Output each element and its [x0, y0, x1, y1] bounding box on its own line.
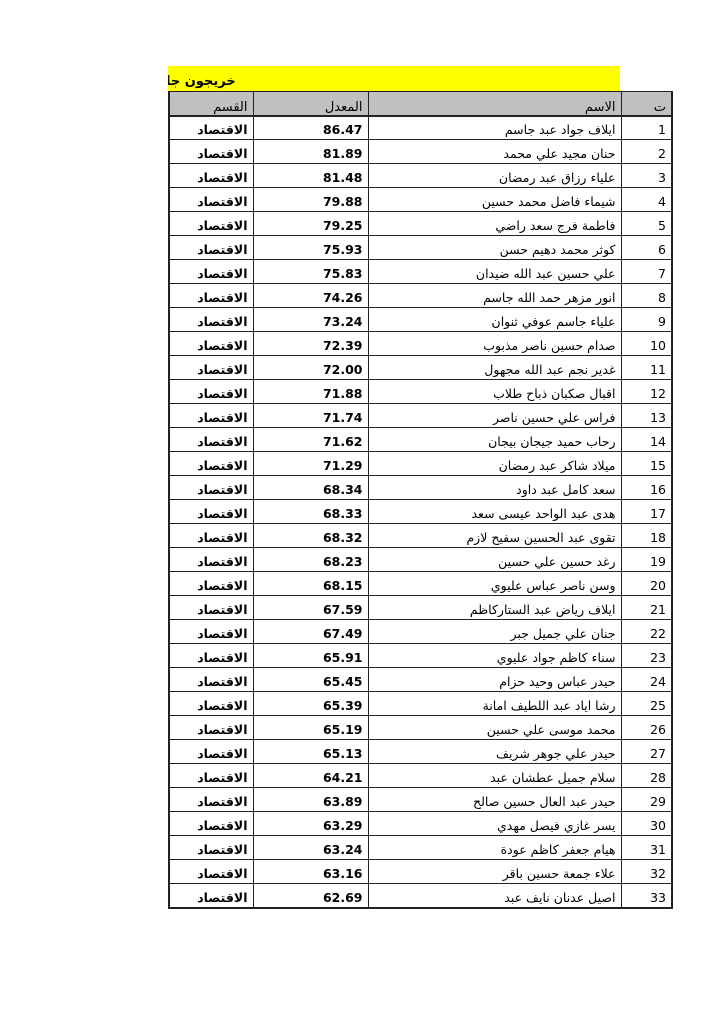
- cell-name: وسن ناصر عباس عليوي: [368, 572, 621, 596]
- cell-name: فاطمة فرج سعد راضي: [368, 212, 621, 236]
- document-title: خريجون جا: [168, 74, 236, 89]
- cell-number: 5: [621, 212, 672, 236]
- cell-average: 81.48: [253, 164, 368, 188]
- cell-department: الاقتصاد: [169, 428, 253, 452]
- cell-number: 14: [621, 428, 672, 452]
- cell-department: الاقتصاد: [169, 788, 253, 812]
- table-row: الاقتصاد63.24هيام جعفر كاظم عودة31: [169, 836, 672, 860]
- cell-name: علياء رزاق عبد رمضان: [368, 164, 621, 188]
- cell-number: 19: [621, 548, 672, 572]
- cell-average: 73.24: [253, 308, 368, 332]
- cell-number: 1: [621, 116, 672, 140]
- header-number: ت: [621, 92, 672, 116]
- cell-name: حيدر علي جوهر شريف: [368, 740, 621, 764]
- cell-average: 65.13: [253, 740, 368, 764]
- cell-department: الاقتصاد: [169, 668, 253, 692]
- cell-department: الاقتصاد: [169, 476, 253, 500]
- table-row: الاقتصاد65.19محمد موسى علي حسين26: [169, 716, 672, 740]
- cell-number: 6: [621, 236, 672, 260]
- cell-average: 67.49: [253, 620, 368, 644]
- cell-average: 79.88: [253, 188, 368, 212]
- cell-number: 21: [621, 596, 672, 620]
- table-row: الاقتصاد71.29ميلاد شاكر عبد رمضان15: [169, 452, 672, 476]
- cell-average: 72.39: [253, 332, 368, 356]
- cell-number: 33: [621, 884, 672, 908]
- cell-department: الاقتصاد: [169, 212, 253, 236]
- cell-number: 29: [621, 788, 672, 812]
- table-row: الاقتصاد73.24علياء جاسم عوفي ثنوان9: [169, 308, 672, 332]
- table-row: الاقتصاد74.26انور مزهر حمد الله جاسم8: [169, 284, 672, 308]
- cell-number: 25: [621, 692, 672, 716]
- cell-name: اصيل عدنان نايف عبد: [368, 884, 621, 908]
- table-row: الاقتصاد75.83علي حسين عبد الله ضيدان7: [169, 260, 672, 284]
- cell-department: الاقتصاد: [169, 356, 253, 380]
- cell-average: 68.32: [253, 524, 368, 548]
- cell-department: الاقتصاد: [169, 572, 253, 596]
- cell-name: صدام حسين ناصر مذبوب: [368, 332, 621, 356]
- cell-average: 72.00: [253, 356, 368, 380]
- cell-number: 26: [621, 716, 672, 740]
- cell-average: 62.69: [253, 884, 368, 908]
- cell-department: الاقتصاد: [169, 596, 253, 620]
- cell-number: 11: [621, 356, 672, 380]
- cell-number: 32: [621, 860, 672, 884]
- title-bar: خريجون جا: [168, 66, 620, 91]
- cell-department: الاقتصاد: [169, 116, 253, 140]
- cell-number: 9: [621, 308, 672, 332]
- cell-department: الاقتصاد: [169, 884, 253, 908]
- cell-number: 10: [621, 332, 672, 356]
- cell-number: 13: [621, 404, 672, 428]
- table-row: الاقتصاد65.91سناء كاظم جواد عليوي23: [169, 644, 672, 668]
- table-row: الاقتصاد72.39صدام حسين ناصر مذبوب10: [169, 332, 672, 356]
- cell-department: الاقتصاد: [169, 236, 253, 260]
- cell-average: 64.21: [253, 764, 368, 788]
- table-row: الاقتصاد86.47ايلاف جواد عبد جاسم1: [169, 116, 672, 140]
- cell-name: جنان علي جميل جبر: [368, 620, 621, 644]
- cell-name: اقبال صكبان ذباح طلاب: [368, 380, 621, 404]
- table-row: الاقتصاد63.89حيدر عبد العال حسين صالح29: [169, 788, 672, 812]
- cell-name: هيام جعفر كاظم عودة: [368, 836, 621, 860]
- cell-department: الاقتصاد: [169, 164, 253, 188]
- cell-number: 30: [621, 812, 672, 836]
- table-row: الاقتصاد65.45حيدر عباس وحيد حزام24: [169, 668, 672, 692]
- cell-number: 20: [621, 572, 672, 596]
- cell-name: تقوى عبد الحسين سفيح لازم: [368, 524, 621, 548]
- cell-name: رحاب حميد جيجان بيجان: [368, 428, 621, 452]
- table-row: الاقتصاد75.93كوثر محمد دهيم حسن6: [169, 236, 672, 260]
- cell-name: غدير نجم عبد الله مجهول: [368, 356, 621, 380]
- cell-average: 65.39: [253, 692, 368, 716]
- graduates-table: القسم المعدل الاسم ت الاقتصاد86.47ايلاف …: [168, 91, 673, 909]
- cell-name: سعد كامل عبد داود: [368, 476, 621, 500]
- cell-department: الاقتصاد: [169, 620, 253, 644]
- table-row: الاقتصاد68.33هدى عبد الواحد عيسى سعد17: [169, 500, 672, 524]
- cell-average: 71.62: [253, 428, 368, 452]
- cell-number: 24: [621, 668, 672, 692]
- cell-name: علياء جاسم عوفي ثنوان: [368, 308, 621, 332]
- cell-department: الاقتصاد: [169, 140, 253, 164]
- cell-number: 17: [621, 500, 672, 524]
- cell-name: سلام جميل عطشان عبد: [368, 764, 621, 788]
- cell-average: 65.91: [253, 644, 368, 668]
- cell-average: 74.26: [253, 284, 368, 308]
- cell-number: 7: [621, 260, 672, 284]
- cell-average: 65.19: [253, 716, 368, 740]
- cell-number: 31: [621, 836, 672, 860]
- cell-average: 75.83: [253, 260, 368, 284]
- cell-name: رشا اياد عبد اللطيف امانة: [368, 692, 621, 716]
- cell-number: 12: [621, 380, 672, 404]
- cell-average: 75.93: [253, 236, 368, 260]
- table-row: الاقتصاد68.32تقوى عبد الحسين سفيح لازم18: [169, 524, 672, 548]
- cell-number: 3: [621, 164, 672, 188]
- table-row: الاقتصاد81.89حنان مجيد علي محمد2: [169, 140, 672, 164]
- cell-department: الاقتصاد: [169, 404, 253, 428]
- cell-average: 63.16: [253, 860, 368, 884]
- cell-name: كوثر محمد دهيم حسن: [368, 236, 621, 260]
- cell-name: فراس علي حسين ناصر: [368, 404, 621, 428]
- cell-average: 63.29: [253, 812, 368, 836]
- cell-average: 63.89: [253, 788, 368, 812]
- table-row: الاقتصاد64.21سلام جميل عطشان عبد28: [169, 764, 672, 788]
- table-body: الاقتصاد86.47ايلاف جواد عبد جاسم1الاقتصا…: [169, 116, 672, 908]
- cell-department: الاقتصاد: [169, 860, 253, 884]
- cell-average: 68.33: [253, 500, 368, 524]
- cell-name: حيدر عبد العال حسين صالح: [368, 788, 621, 812]
- cell-number: 23: [621, 644, 672, 668]
- table-row: الاقتصاد81.48علياء رزاق عبد رمضان3: [169, 164, 672, 188]
- cell-average: 71.88: [253, 380, 368, 404]
- cell-number: 22: [621, 620, 672, 644]
- table-row: الاقتصاد62.69اصيل عدنان نايف عبد33: [169, 884, 672, 908]
- cell-name: رغد حسين علي حسين: [368, 548, 621, 572]
- cell-number: 2: [621, 140, 672, 164]
- cell-name: حنان مجيد علي محمد: [368, 140, 621, 164]
- cell-department: الاقتصاد: [169, 452, 253, 476]
- cell-number: 15: [621, 452, 672, 476]
- cell-number: 18: [621, 524, 672, 548]
- cell-department: الاقتصاد: [169, 692, 253, 716]
- table-row: الاقتصاد79.25فاطمة فرج سعد راضي5: [169, 212, 672, 236]
- cell-department: الاقتصاد: [169, 260, 253, 284]
- cell-average: 71.74: [253, 404, 368, 428]
- cell-average: 68.15: [253, 572, 368, 596]
- cell-name: شيماء فاضل محمد حسين: [368, 188, 621, 212]
- cell-name: انور مزهر حمد الله جاسم: [368, 284, 621, 308]
- table-row: الاقتصاد63.16علاء جمعة حسين باقر32: [169, 860, 672, 884]
- cell-average: 79.25: [253, 212, 368, 236]
- cell-department: الاقتصاد: [169, 308, 253, 332]
- header-name: الاسم: [368, 92, 621, 116]
- cell-name: علي حسين عبد الله ضيدان: [368, 260, 621, 284]
- table-row: الاقتصاد65.13حيدر علي جوهر شريف27: [169, 740, 672, 764]
- table-row: الاقتصاد63.29يسر غازي فيصل مهدي30: [169, 812, 672, 836]
- header-average: المعدل: [253, 92, 368, 116]
- cell-average: 68.34: [253, 476, 368, 500]
- table-row: الاقتصاد68.15وسن ناصر عباس عليوي20: [169, 572, 672, 596]
- cell-department: الاقتصاد: [169, 716, 253, 740]
- cell-name: سناء كاظم جواد عليوي: [368, 644, 621, 668]
- cell-name: علاء جمعة حسين باقر: [368, 860, 621, 884]
- cell-department: الاقتصاد: [169, 812, 253, 836]
- table-row: الاقتصاد68.23رغد حسين علي حسين19: [169, 548, 672, 572]
- header-department: القسم: [169, 92, 253, 116]
- cell-department: الاقتصاد: [169, 524, 253, 548]
- cell-name: حيدر عباس وحيد حزام: [368, 668, 621, 692]
- header-row: القسم المعدل الاسم ت: [169, 92, 672, 116]
- cell-department: الاقتصاد: [169, 764, 253, 788]
- cell-name: ميلاد شاكر عبد رمضان: [368, 452, 621, 476]
- cell-department: الاقتصاد: [169, 332, 253, 356]
- cell-name: يسر غازي فيصل مهدي: [368, 812, 621, 836]
- table-row: الاقتصاد71.74فراس علي حسين ناصر13: [169, 404, 672, 428]
- cell-department: الاقتصاد: [169, 548, 253, 572]
- cell-department: الاقتصاد: [169, 836, 253, 860]
- cell-number: 16: [621, 476, 672, 500]
- cell-average: 65.45: [253, 668, 368, 692]
- table-row: الاقتصاد67.49جنان علي جميل جبر22: [169, 620, 672, 644]
- cell-department: الاقتصاد: [169, 740, 253, 764]
- cell-department: الاقتصاد: [169, 284, 253, 308]
- cell-department: الاقتصاد: [169, 644, 253, 668]
- table-row: الاقتصاد68.34سعد كامل عبد داود16: [169, 476, 672, 500]
- cell-name: محمد موسى علي حسين: [368, 716, 621, 740]
- cell-number: 28: [621, 764, 672, 788]
- table-row: الاقتصاد72.00غدير نجم عبد الله مجهول11: [169, 356, 672, 380]
- table-row: الاقتصاد79.88شيماء فاضل محمد حسين4: [169, 188, 672, 212]
- cell-name: هدى عبد الواحد عيسى سعد: [368, 500, 621, 524]
- cell-name: ايلاف جواد عبد جاسم: [368, 116, 621, 140]
- table-row: الاقتصاد71.62رحاب حميد جيجان بيجان14: [169, 428, 672, 452]
- cell-number: 8: [621, 284, 672, 308]
- cell-average: 67.59: [253, 596, 368, 620]
- cell-department: الاقتصاد: [169, 380, 253, 404]
- table-row: الاقتصاد71.88اقبال صكبان ذباح طلاب12: [169, 380, 672, 404]
- table-row: الاقتصاد65.39رشا اياد عبد اللطيف امانة25: [169, 692, 672, 716]
- cell-average: 71.29: [253, 452, 368, 476]
- cell-average: 68.23: [253, 548, 368, 572]
- cell-department: الاقتصاد: [169, 500, 253, 524]
- cell-average: 86.47: [253, 116, 368, 140]
- cell-department: الاقتصاد: [169, 188, 253, 212]
- table-row: الاقتصاد67.59ايلاف رياض عبد الستاركاظم21: [169, 596, 672, 620]
- cell-number: 4: [621, 188, 672, 212]
- cell-number: 27: [621, 740, 672, 764]
- cell-name: ايلاف رياض عبد الستاركاظم: [368, 596, 621, 620]
- cell-average: 63.24: [253, 836, 368, 860]
- cell-average: 81.89: [253, 140, 368, 164]
